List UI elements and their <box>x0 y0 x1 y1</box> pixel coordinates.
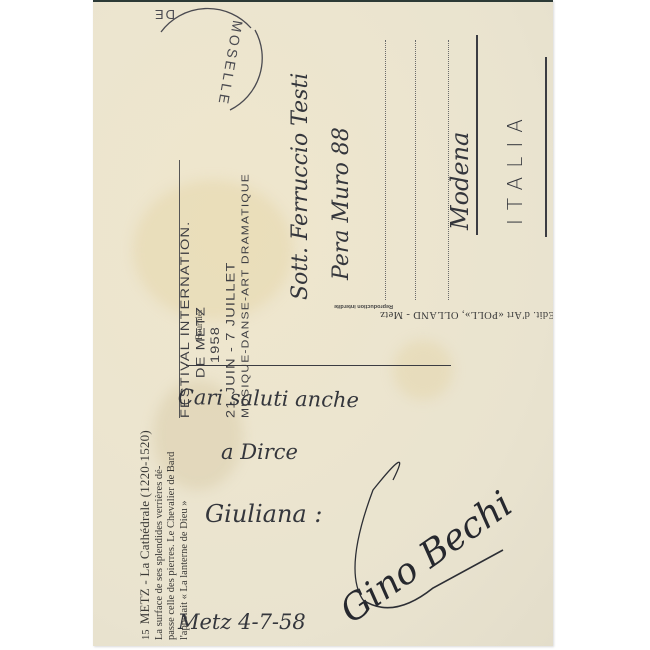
postcard-back: 15 METZ - La Cathédrale (1220-1520) La s… <box>93 0 553 646</box>
signature-flourish <box>93 0 553 646</box>
place-date: Metz 4-7-58 <box>178 610 306 634</box>
